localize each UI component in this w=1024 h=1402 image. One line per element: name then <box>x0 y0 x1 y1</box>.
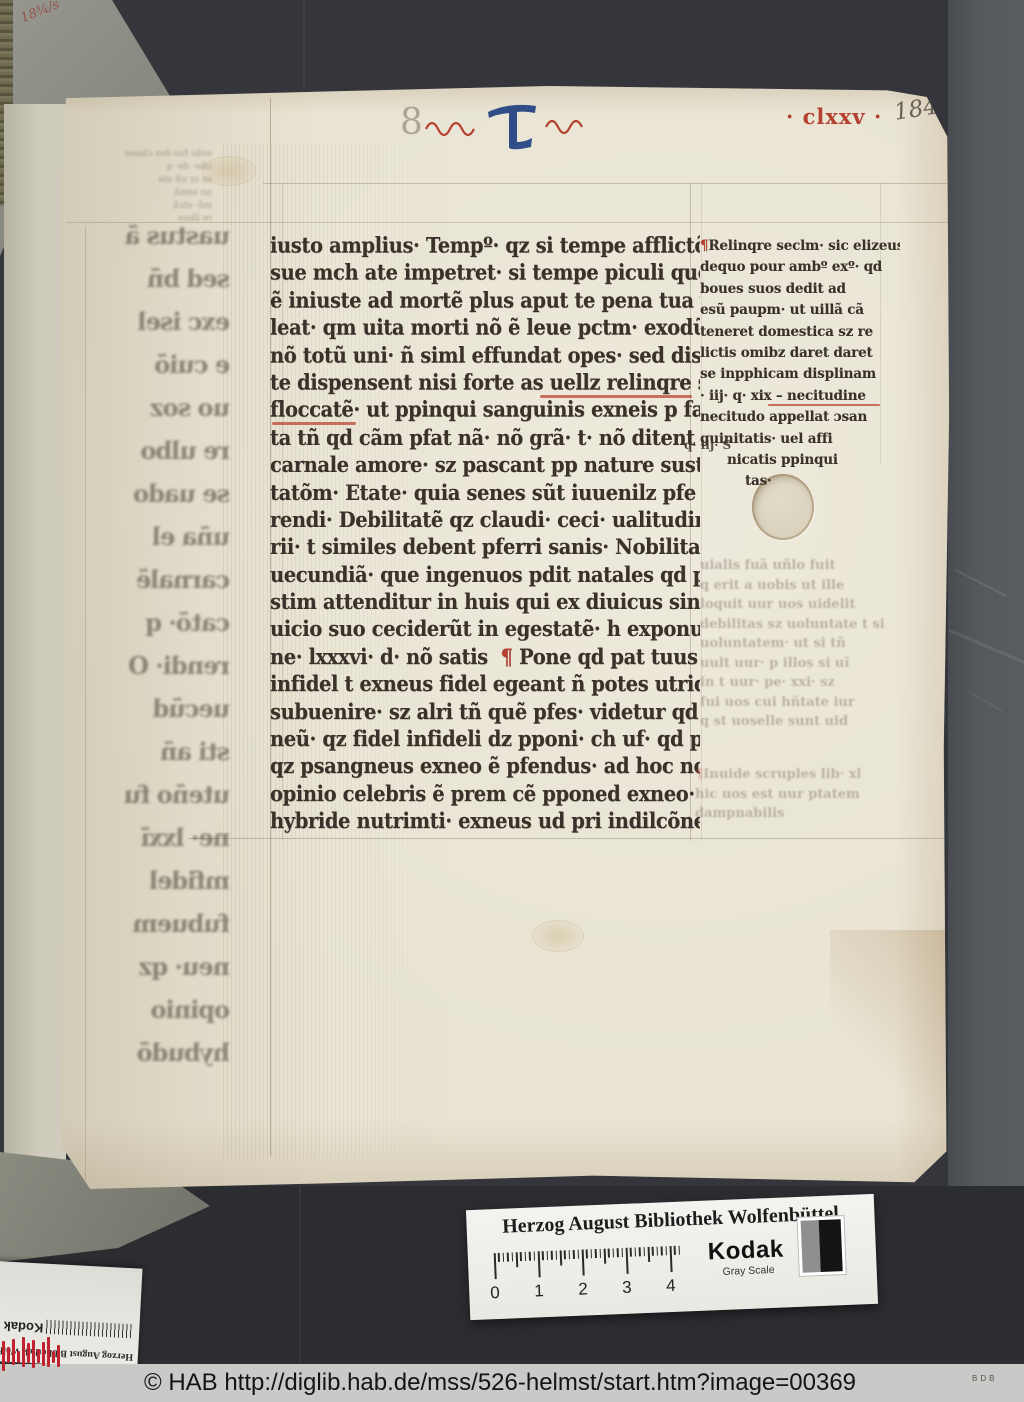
red-signature-bar <box>47 1337 50 1367</box>
ruler-tick <box>516 1252 518 1267</box>
ruler-number: 0 <box>490 1283 500 1303</box>
ruler-tick <box>560 1250 562 1265</box>
manuscript-page: uastus ãsed bñexc isele cuiõuo sozre ulb… <box>58 86 950 1190</box>
ruler-tick <box>604 1249 606 1264</box>
blue-initial-L-icon <box>482 98 542 154</box>
gloss-line: tas· <box>700 471 900 492</box>
ruler-tick <box>674 1246 676 1255</box>
ruling-line <box>85 226 86 1272</box>
showthrough-line: hybudõ <box>58 1031 230 1074</box>
underlying-pages-edge <box>4 104 66 1168</box>
kodak-gray-scale-card: Herzog August Bibliothek Wolfenbüttel 01… <box>466 1194 878 1320</box>
ruler-tick <box>555 1251 557 1260</box>
main-text-line: qz psangneus exneo ẽ pfendus· ad hoc not… <box>270 753 700 780</box>
main-text-line: uicio suo ceciderũt in egestatẽ· h expon… <box>270 616 700 643</box>
main-text-line: subuenire· sz alri tñ quẽ pfes· videtur … <box>270 698 700 725</box>
gray-patch-dark <box>819 1219 843 1272</box>
ruler-tick <box>656 1247 658 1256</box>
faint-gloss-line: dampnabilis <box>695 804 860 824</box>
faint-gloss-line: ¶Inuide scruples lib· xl <box>695 765 860 785</box>
showthrough-line: mõ· etcã <box>62 200 212 213</box>
red-signature-bar <box>42 1342 45 1366</box>
ruler-number: 2 <box>578 1279 588 1299</box>
showthrough-line: se sz uñ ate <box>62 174 212 187</box>
gloss-line: dequo pour ambº exº· qd <box>700 257 900 278</box>
showthrough-line: rendi· O <box>58 644 230 687</box>
showthrough-line: uo soz <box>58 386 230 429</box>
main-text-line: te dispensent nisi forte as uellz relinq… <box>270 369 700 396</box>
kodak-brand-label: Kodak <box>3 1319 43 1336</box>
folio-number-pencil: 184. <box>892 92 947 126</box>
ruler-tick <box>586 1249 588 1258</box>
pencil-mark: 8 <box>400 102 423 143</box>
ruler-tick <box>538 1251 541 1277</box>
showthrough-line: e cuiõ <box>58 343 230 386</box>
red-signature-bar <box>27 1343 30 1363</box>
faint-gloss-line: in t uur· pe· xxi· sz <box>700 673 895 693</box>
ruler-tick <box>564 1250 566 1259</box>
kodak-brand-label: Kodak <box>707 1236 784 1267</box>
gloss-line: nicatis ppinqui <box>700 450 900 471</box>
red-underline <box>272 422 356 425</box>
copyright-bar: © HAB http://diglib.hab.de/mss/526-helms… <box>0 1364 1024 1402</box>
ruler-tick <box>634 1247 636 1256</box>
parchment-stain <box>532 920 584 952</box>
ruler-tick <box>507 1253 509 1262</box>
faint-gloss-line: uult uur· p illos si uĩ <box>700 654 895 674</box>
ruler-tick <box>542 1251 544 1260</box>
faint-showthrough-gloss: ¶Inuide scruples lib· xlhic uos est uur … <box>695 765 860 827</box>
ruler-tick <box>621 1248 623 1257</box>
red-signature-bar <box>17 1351 20 1363</box>
ruler-tick <box>612 1248 614 1257</box>
red-signature-bar <box>22 1337 25 1367</box>
ruler-tick <box>498 1253 500 1262</box>
ruler-tick <box>678 1246 680 1255</box>
ruler-tick <box>665 1246 667 1255</box>
ruler-tick <box>639 1247 641 1256</box>
showthrough-line: sed bñ <box>58 257 230 300</box>
red-flourish-icon <box>544 113 588 139</box>
main-text-line: leat· qm uita morti nõ ẽ leue pctm· exod… <box>270 314 700 341</box>
main-text-line: rii· t similes debent pferri sanis· Nobi… <box>270 534 700 561</box>
ruler-tick <box>568 1250 570 1259</box>
gloss-citation-note: q· iij· S <box>684 438 731 452</box>
gloss-line: lictis omibz daret daret <box>700 343 900 364</box>
gray-scale-label: Gray Scale <box>722 1264 774 1278</box>
gloss-line: se inpphicam displinam <box>700 364 900 385</box>
ruler-tick <box>626 1248 629 1274</box>
ruler-number: 4 <box>666 1276 676 1296</box>
showthrough-line: opinio <box>58 988 230 1031</box>
ruler-tick <box>608 1249 610 1258</box>
faint-showthrough-gloss: uialis fuã uñlo fuitq erit a uobis ut il… <box>700 556 895 734</box>
ruler-tick <box>573 1250 575 1259</box>
ruler-tick <box>494 1253 497 1279</box>
ruler-number: 1 <box>534 1281 544 1301</box>
ruler-tick <box>595 1249 597 1258</box>
ruling-line <box>66 222 950 223</box>
red-signature-bar <box>7 1347 10 1363</box>
ruler-tick <box>582 1250 585 1276</box>
main-text-line: nõ totũ uni· ñ siml effundat opes· sed d… <box>270 342 700 369</box>
faint-gloss-line: hic uos est uur ptatem <box>695 785 860 805</box>
gloss-line: necitudo appellat ɔsan <box>700 407 900 428</box>
red-signature-bar <box>32 1340 35 1368</box>
showthrough-line: uecũd <box>58 687 230 730</box>
header-ornament: 8 <box>388 92 628 154</box>
backdrop-crease <box>299 1186 301 1364</box>
gloss-line: boues suos dedit ad <box>700 279 900 300</box>
main-text-line: opinio celebris ẽ prem cẽ pponed exneo· … <box>270 780 700 807</box>
ruler-tick <box>546 1251 548 1260</box>
red-signature-bar <box>52 1351 55 1363</box>
showthrough-line: exc isel <box>58 300 230 343</box>
marginal-gloss: ¶Relinqre seclm· sic elizeusdequo pour a… <box>700 236 900 498</box>
ruler-tick <box>551 1251 553 1260</box>
red-underline <box>540 395 692 398</box>
ruler-number: 3 <box>622 1278 632 1298</box>
faint-gloss-line: q erit a uobis ut ille <box>700 576 895 596</box>
ruler-tick <box>511 1252 513 1261</box>
ruler-tick <box>670 1246 673 1272</box>
faint-gloss-line: q st uoselle sunt uid <box>700 712 895 732</box>
showthrough-line: seão fuo des clases <box>62 148 212 161</box>
main-text-line: hybride nutrimti· exneus ud pri indilcõn… <box>270 808 700 835</box>
rubric-pilcrow: ¶ <box>501 644 513 669</box>
showthrough-mini-block: seão fuo des clasesuñe· de· qse sz uñ at… <box>62 148 212 224</box>
showthrough-line: uñe· de· q <box>62 161 212 174</box>
main-text-line: iusto amplius· Tempº· qz si tempe afflic… <box>270 232 700 259</box>
main-text-line: carnale amore· sz pascant pp nature sust… <box>270 451 700 478</box>
showthrough-line: carnalẽ <box>58 558 230 601</box>
showthrough-line: mfidel <box>58 859 230 902</box>
parchment-stain <box>202 156 256 186</box>
showthrough-line: uo semã <box>62 187 212 200</box>
ruling-line <box>263 183 951 184</box>
ruler-tick <box>502 1253 504 1262</box>
ruler-tick <box>577 1250 579 1259</box>
gloss-line: ¶Relinqre seclm· sic elizeus <box>700 236 900 257</box>
red-signature-bar <box>57 1345 60 1367</box>
showthrough-line: uteño fu <box>58 773 230 816</box>
footer-tiny-mark: BDB <box>972 1374 997 1383</box>
ruler-ticks <box>45 1320 132 1338</box>
gray-scale-patch <box>796 1215 846 1277</box>
main-text-line: infidel t exneus fidel egeant ñ potes ut… <box>270 671 700 698</box>
showthrough-line: sti añ <box>58 730 230 773</box>
red-underline <box>768 404 880 406</box>
faint-gloss-line: fui uos cui hñtate iur <box>700 693 895 713</box>
showthrough-line: catõ· q <box>58 601 230 644</box>
red-signature-mark <box>2 1337 66 1377</box>
main-text-line: tatõm· Etate· quia senes sũt iuuenilz pf… <box>270 479 700 506</box>
red-signature-bar <box>2 1341 5 1371</box>
main-text-line: ne· lxxxvi· d· nõ satis ¶ Pone qd pat tu… <box>270 643 700 670</box>
main-text-line: stim attenditur in huis qui ex diuicus s… <box>270 588 700 615</box>
gray-patch-light <box>801 1220 821 1273</box>
ruler-tick <box>617 1248 619 1257</box>
copyright-url-text: © HAB http://diglib.hab.de/mss/526-helms… <box>0 1369 1000 1397</box>
digitized-manuscript-photo: 18¾/s uastus ãsed bñexc isele cuiõuo soz… <box>0 0 1024 1402</box>
ruler-tick <box>524 1252 526 1261</box>
gloss-line: esũ paupm· ut uillã cã <box>700 300 900 321</box>
ruler-tick <box>590 1249 592 1258</box>
rubric-pilcrow: ¶ <box>695 767 703 782</box>
ruler-tick <box>529 1252 531 1261</box>
main-text-line: rendi· Debilitatẽ qz claudi· ceci· ualit… <box>270 506 700 533</box>
showthrough-line: re ulbo <box>58 429 230 472</box>
ruler-tick <box>643 1247 645 1256</box>
folio-number-rubric: · clxxv · <box>786 104 882 129</box>
faint-gloss-line: uoluntatem· ut si tñ <box>700 634 895 654</box>
main-text-line: sue mch ate impetret· si tempe piculi qu… <box>270 259 700 286</box>
faint-gloss-line: debilitas sz uoluntate t si <box>700 615 895 635</box>
showthrough-line: uña el <box>58 515 230 558</box>
ruler-tick <box>599 1249 601 1258</box>
gloss-line: teneret domestica sz re <box>700 322 900 343</box>
main-text-line: ta tñ qd cãm pfat nã· nõ grã· t· nõ dite… <box>270 424 700 451</box>
main-text-line: floccatẽ· ut ppinqui sanguinis exneis p … <box>270 397 700 424</box>
faint-gloss-line: uialis fuã uñlo fuit <box>700 556 895 576</box>
showthrough-line: neu· qz <box>58 945 230 988</box>
main-text-line: neũ· qz fidel infideli dz pponi· ch uf· … <box>270 726 700 753</box>
ruler-tick <box>533 1252 535 1261</box>
ruler-tick <box>652 1247 654 1256</box>
ruler-tick <box>661 1246 663 1255</box>
backdrop-crease <box>303 0 305 88</box>
ruler-tick <box>648 1247 650 1262</box>
red-signature-bar <box>37 1349 40 1363</box>
browned-corner <box>830 930 950 1190</box>
ruler-tick <box>630 1248 632 1257</box>
showthrough-line: fubuem <box>58 902 230 945</box>
faint-gloss-line: loquit uur uos uidelit <box>700 595 895 615</box>
ruler-ticks <box>494 1245 695 1283</box>
showthrough-text-column: uastus ãsed bñexc isele cuiõuo sozre ulb… <box>58 214 230 1164</box>
ruler-tick <box>520 1252 522 1261</box>
rubric-pilcrow: ¶ <box>700 238 708 254</box>
main-text-block: iusto amplius· Tempº· qz si tempe afflic… <box>270 232 700 891</box>
red-flourish-icon <box>424 113 480 139</box>
main-text-line: ẽ iniuste ad mortẽ plus aput te pena tua… <box>270 287 700 314</box>
red-signature-bar <box>12 1339 15 1365</box>
showthrough-line: se uado <box>58 472 230 515</box>
main-text-line: uecundiã· que ingenuos pdit natales qd p <box>270 561 700 588</box>
